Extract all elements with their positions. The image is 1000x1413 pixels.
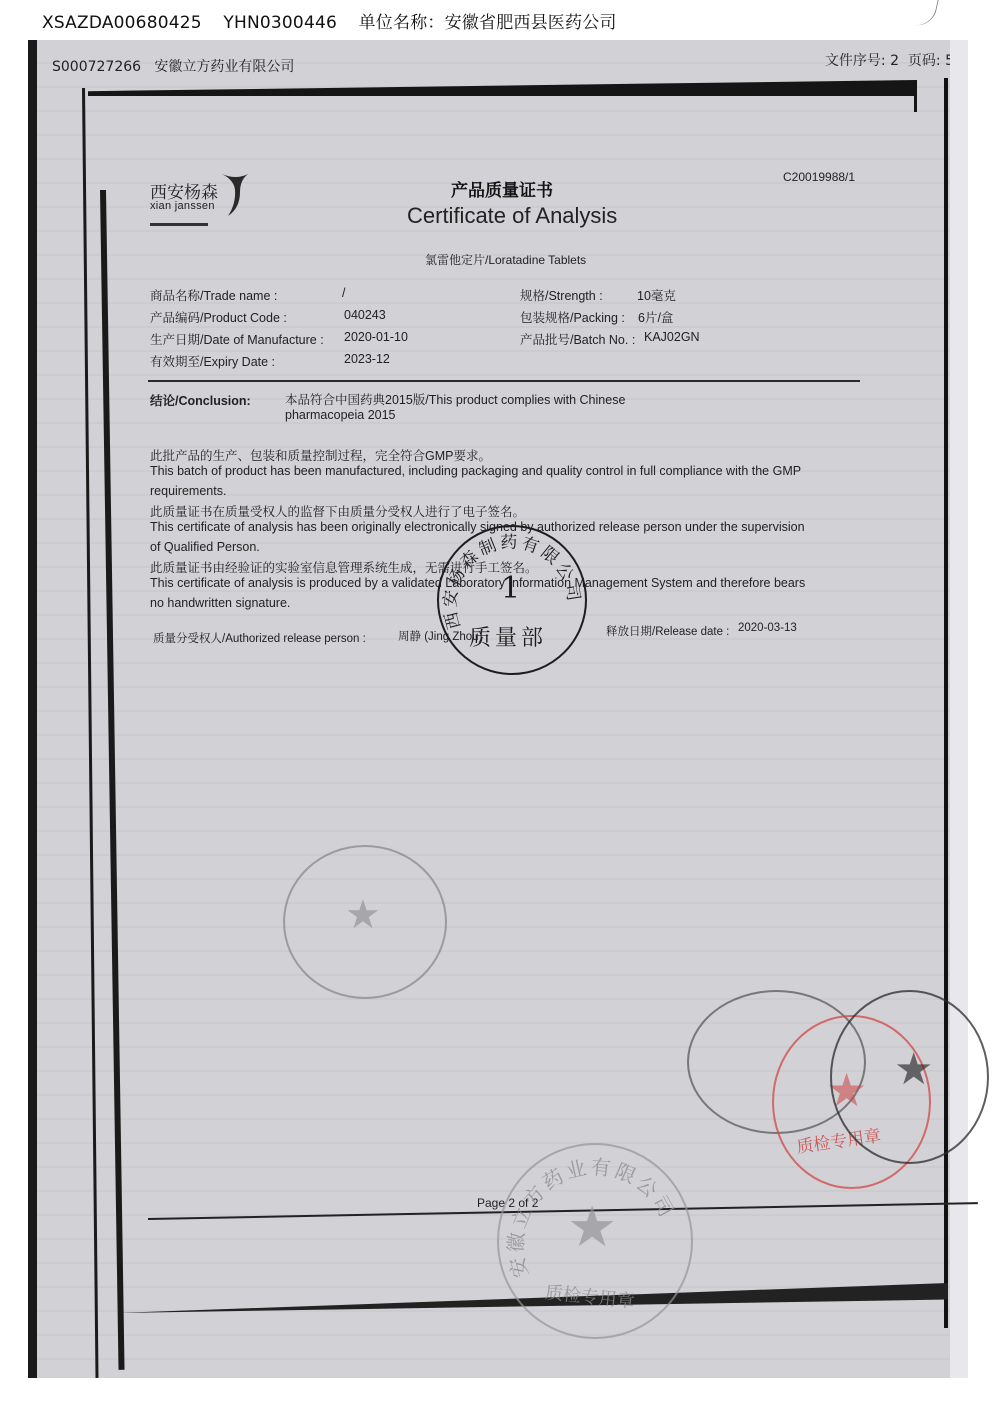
product-code-value: 040243 (344, 308, 386, 322)
supplier-code: S000727266 (52, 59, 141, 75)
star-icon: ★ (345, 892, 381, 938)
top-header: XSAZDA00680425 YHN0300446 单位名称：安徽省肥西县医药公… (42, 8, 633, 33)
scan-edge (82, 88, 99, 1378)
statement-line: requirements. (150, 484, 226, 498)
strength-label: 规格/Strength : (520, 286, 603, 304)
admin-stamp-grey: ★ (830, 990, 989, 1164)
manufacture-date-label: 生产日期/Date of Manufacture : (150, 330, 324, 348)
scan-edge (914, 80, 917, 112)
conclusion-label: 结论/Conclusion: (150, 391, 251, 409)
trade-name-label: 商品名称/Trade name : (150, 286, 277, 304)
file-page-info: 文件序号: 2 页码: 5 (825, 50, 954, 70)
statement-line: 此批产品的生产、包装和质量控制过程，完全符合GMP要求。 (150, 446, 491, 464)
page-bottom-margin (0, 1378, 1000, 1413)
title-en: Certificate of Analysis (407, 203, 617, 229)
expiry-date-value: 2023-12 (344, 352, 390, 366)
expiry-date-label: 有效期至/Expiry Date : (150, 352, 275, 370)
stamp-number: 1 (501, 571, 520, 606)
statement-line: of Qualified Person. (150, 540, 260, 554)
supplier-line: S000727266 安徽立方药业有限公司 (52, 56, 294, 76)
document-code: XSAZDA00680425 (42, 13, 202, 33)
logo-swoosh-icon (220, 170, 250, 218)
release-date: 2020-03-13 (738, 622, 797, 634)
handwritten-mark (902, 0, 939, 29)
conclusion-line-1: 本品符合中国药典2015版/This product complies with… (285, 390, 625, 408)
faint-stamp: ★ (283, 845, 447, 999)
product-name: 氯雷他定片/Loratadine Tablets (425, 251, 586, 268)
trade-name-value: / (342, 286, 345, 300)
customer-code: YHN0300446 (223, 13, 337, 33)
file-seq: 2 (890, 53, 899, 69)
qa-department-stamp: 西安杨森制药有限公司 1 质量部 (437, 525, 587, 675)
batch-no-label: 产品批号/Batch No. : (520, 330, 635, 348)
statement-line: 此质量证书在质量受权人的监督下由质量分受权人进行了电子签名。 (150, 502, 525, 520)
company-logo-en: xian janssen (150, 200, 215, 212)
section-divider (148, 380, 860, 382)
manufacture-date-value: 2020-01-10 (344, 330, 408, 344)
scan-edge (100, 190, 125, 1370)
scan-edge (28, 40, 37, 1380)
conclusion-line-2: pharmacopeia 2015 (285, 408, 396, 422)
release-person-label: 质量分受权人/Authorized release person : (153, 630, 366, 646)
scan-margin (950, 40, 968, 1380)
document-number: C20019988/1 (783, 170, 855, 184)
unit-name: 安徽省肥西县医药公司 (445, 13, 617, 33)
unit-label: 单位名称： (359, 13, 445, 33)
supplier-stamp: 安徽立方药业有限公司 ★ 质检专用章 (497, 1143, 693, 1339)
product-code-label: 产品编码/Product Code : (150, 308, 287, 326)
scan-shadow-bar (88, 80, 916, 96)
page-label: 页码: (908, 53, 941, 69)
statement-line: This batch of product has been manufactu… (150, 464, 801, 478)
file-seq-label: 文件序号: (825, 53, 886, 69)
packing-value: 6片/盒 (638, 308, 673, 326)
packing-label: 包装规格/Packing : (520, 308, 625, 326)
supplier-name: 安徽立方药业有限公司 (154, 59, 294, 75)
star-icon: ★ (894, 1044, 933, 1095)
logo-underline (150, 223, 208, 226)
release-date-label: 释放日期/Release date : (606, 623, 729, 639)
batch-no-value: KAJ02GN (644, 330, 700, 344)
strength-value: 10毫克 (637, 286, 676, 304)
star-icon: ★ (567, 1195, 617, 1260)
title-cn: 产品质量证书 (451, 176, 553, 201)
stamp-department: 质量部 (469, 621, 547, 652)
statement-line: no handwritten signature. (150, 596, 290, 610)
